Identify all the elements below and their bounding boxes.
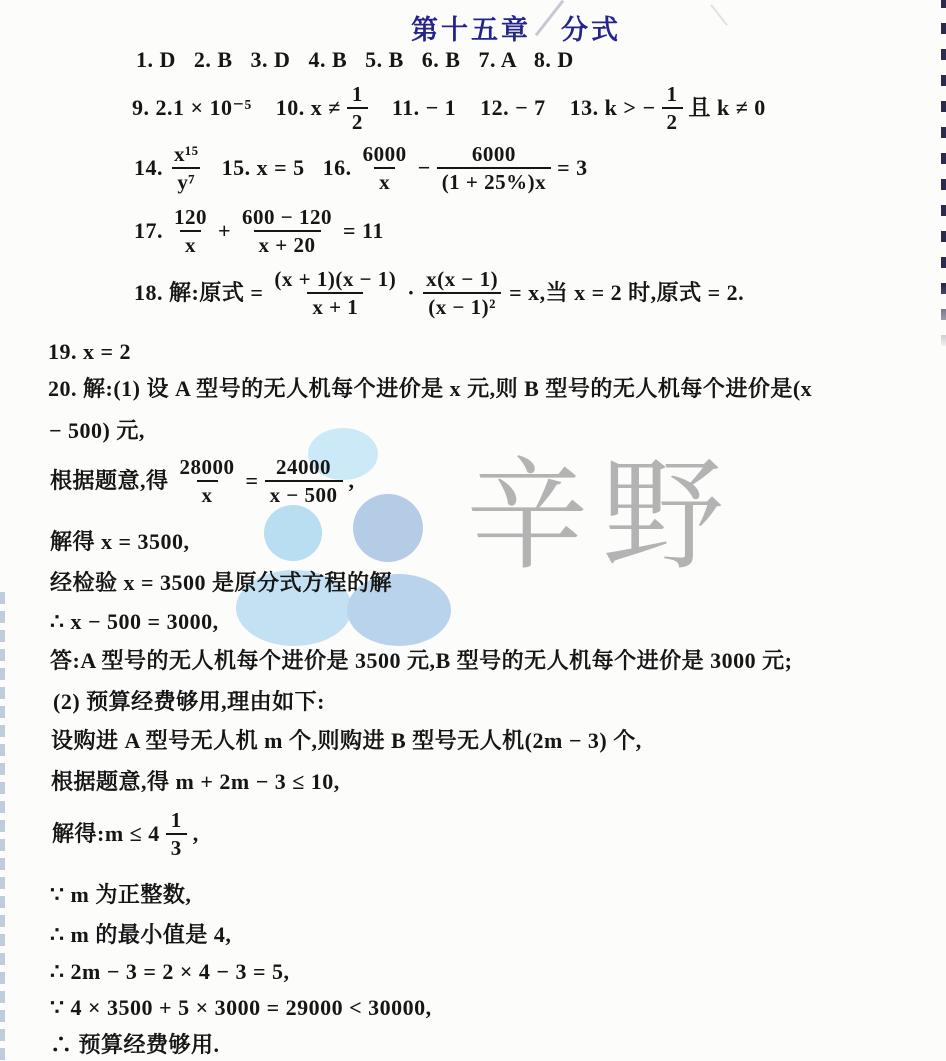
answers-text: 14.	[134, 154, 163, 182]
min-value-line: ∴ m 的最小值是 4,	[50, 921, 231, 949]
compute-line: ∴ 2m − 3 = 2 × 4 − 3 = 5,	[50, 958, 290, 986]
operator-minus: −	[418, 154, 431, 182]
solution-text: ∴ 预算经费够用.	[50, 1032, 220, 1057]
watermark-logo-text: 辛野	[466, 452, 738, 580]
solution-text: 根据题意,得 m + 2m − 3 ≤ 10,	[51, 769, 340, 794]
solution-text: 20. 解:(1) 设 A 型号的无人机每个进价是 x 元,则 B 型号的无人机…	[48, 376, 812, 401]
fraction-numerator: (x + 1)(x − 1)	[269, 267, 401, 292]
solution-text: − 500) 元,	[49, 418, 145, 443]
fraction-denominator: (1 + 25%)x	[437, 167, 551, 194]
fraction-denominator: x	[374, 167, 395, 194]
answer-line-1-8: 1. D 2. B 3. D 4. B 5. B 6. B 7. A 8. D	[136, 46, 574, 74]
fraction-denominator: (x − 1)²	[423, 292, 501, 319]
fraction-numerator: 120	[169, 205, 212, 230]
solution-text: 解得:m ≤ 4	[52, 820, 160, 848]
solution-text: 根据题意,得	[50, 467, 169, 495]
fraction: 1 3	[166, 808, 187, 860]
solution-text: ∵ m 为正整数,	[50, 882, 191, 907]
chapter-title: 第十五章 分式	[0, 8, 946, 47]
watermark-circle	[353, 494, 423, 562]
fraction-numerator: x¹⁵	[169, 142, 204, 167]
fraction-numerator: 6000	[467, 142, 521, 167]
answer-key-page: 辛野 第十五章 分式 1. D 2. B 3. D 4. B 5. B 6. B…	[0, 0, 946, 1061]
solution-text: ∴ 2m − 3 = 2 × 4 − 3 = 5,	[50, 959, 290, 984]
solution-text: 答:A 型号的无人机每个进价是 3500 元,B 型号的无人机每个进价是 300…	[50, 648, 793, 673]
answers-text: 15. x = 5 16.	[210, 154, 352, 182]
equation-line: 根据题意,得 28000 x = 24000 x − 500 ,	[50, 452, 355, 510]
fraction-denominator: 2	[662, 107, 683, 134]
solution-text: (2) 预算经费够用,理由如下:	[53, 689, 325, 714]
answer-line-14-16: 14. x¹⁵ y⁷ 15. x = 5 16. 6000 x − 6000 (…	[134, 140, 588, 196]
fraction-denominator: x + 1	[307, 292, 363, 319]
answer-line-19: 19. x = 2	[48, 338, 131, 366]
answers-text: 1. D 2. B 3. D 4. B 5. B 6. B 7. A 8. D	[136, 47, 574, 72]
solution-text: ∴ m 的最小值是 4,	[50, 922, 231, 947]
solution-text: 解得 x = 3500,	[50, 529, 190, 554]
fraction-denominator: y⁷	[172, 167, 200, 194]
fraction: 24000 x − 500	[265, 455, 343, 507]
fraction-numerator: 1	[347, 82, 368, 107]
fraction-denominator: 2	[347, 107, 368, 134]
fraction: 6000 x	[358, 142, 412, 194]
operator-equals: =	[246, 467, 259, 495]
fraction-numerator: x(x − 1)	[421, 267, 503, 292]
part2-solve-line: 解得:m ≤ 4 1 3 ,	[52, 806, 199, 862]
fraction: (x + 1)(x − 1) x + 1	[269, 267, 401, 319]
fraction-numerator: 1	[662, 82, 683, 107]
operator-dot: ·	[407, 279, 415, 307]
punctuation: ,	[349, 467, 355, 495]
part2-setup: 设购进 A 型号无人机 m 个,则购进 B 型号无人机(2m − 3) 个,	[51, 727, 642, 755]
fraction-denominator: x	[197, 480, 218, 507]
fraction-numerator: 28000	[175, 455, 240, 480]
answers-text: = x,当 x = 2 时,原式 = 2.	[509, 279, 744, 307]
answer-statement-part1: 答:A 型号的无人机每个进价是 3500 元,B 型号的无人机每个进价是 300…	[50, 647, 793, 675]
part2-inequality: 根据题意,得 m + 2m − 3 ≤ 10,	[51, 768, 340, 796]
fraction-denominator: x − 500	[265, 480, 343, 507]
solution-text: ∵ 4 × 3500 + 5 × 3000 = 29000 < 30000,	[50, 995, 432, 1020]
operator-plus: +	[218, 217, 231, 245]
budget-check-line: ∵ 4 × 3500 + 5 × 3000 = 29000 < 30000,	[50, 994, 432, 1022]
conclusion-line: ∴ 预算经费够用.	[50, 1031, 220, 1059]
solution-text: 设购进 A 型号无人机 m 个,则购进 B 型号无人机(2m − 3) 个,	[51, 728, 642, 753]
fraction: 28000 x	[175, 455, 240, 507]
answers-text: 11. − 1 12. − 7 13. k > −	[374, 94, 656, 122]
answer-line-9-13: 9. 2.1 × 10⁻⁵ 10. x ≠ 1 2 11. − 1 12. − …	[132, 82, 766, 134]
solution-text: 经检验 x = 3500 是原分式方程的解	[50, 570, 392, 595]
solution-text: ∴ x − 500 = 3000,	[50, 609, 219, 634]
fraction: 600 − 120 x + 20	[237, 205, 337, 257]
fraction: x(x − 1) (x − 1)²	[421, 267, 503, 319]
punctuation: ,	[193, 820, 199, 848]
fraction: x¹⁵ y⁷	[169, 142, 204, 194]
fraction-denominator: x	[180, 230, 201, 257]
fraction: 6000 (1 + 25%)x	[437, 142, 551, 194]
fraction: 1 2	[662, 82, 683, 134]
fraction-numerator: 1	[166, 808, 187, 833]
solve-line: 解得 x = 3500,	[50, 528, 190, 556]
answers-text: 18. 解:原式 =	[134, 279, 263, 307]
answers-text: 17.	[134, 217, 163, 245]
answers-text: 且 k ≠ 0	[689, 94, 766, 122]
answer-line-18: 18. 解:原式 = (x + 1)(x − 1) x + 1 · x(x − …	[134, 266, 744, 320]
answer-20-intro: 20. 解:(1) 设 A 型号的无人机每个进价是 x 元,则 B 型号的无人机…	[48, 375, 812, 403]
fraction-denominator: 3	[166, 833, 187, 860]
verification-line: 经检验 x = 3500 是原分式方程的解	[50, 569, 392, 597]
fraction: 1 2	[347, 82, 368, 134]
fraction-numerator: 600 − 120	[237, 205, 337, 230]
fraction-numerator: 6000	[358, 142, 412, 167]
fraction-denominator: x + 20	[254, 230, 321, 257]
answer-line-17: 17. 120 x + 600 − 120 x + 20 = 11	[134, 205, 384, 257]
answers-text: 9. 2.1 × 10⁻⁵ 10. x ≠	[132, 94, 341, 122]
fraction: 120 x	[169, 205, 212, 257]
because-integer-line: ∵ m 为正整数,	[50, 881, 191, 909]
answers-text: = 11	[343, 217, 384, 245]
answer-20-continuation: − 500) 元,	[49, 417, 145, 445]
answers-text: = 3	[557, 154, 588, 182]
right-binding-marks	[941, 0, 946, 349]
part2-intro: (2) 预算经费够用,理由如下:	[53, 688, 325, 716]
therefore-line: ∴ x − 500 = 3000,	[50, 608, 219, 636]
answers-text: 19. x = 2	[48, 339, 131, 364]
left-binding-marks	[0, 592, 5, 1061]
watermark-circle	[264, 505, 322, 561]
fraction-numerator: 24000	[271, 455, 336, 480]
